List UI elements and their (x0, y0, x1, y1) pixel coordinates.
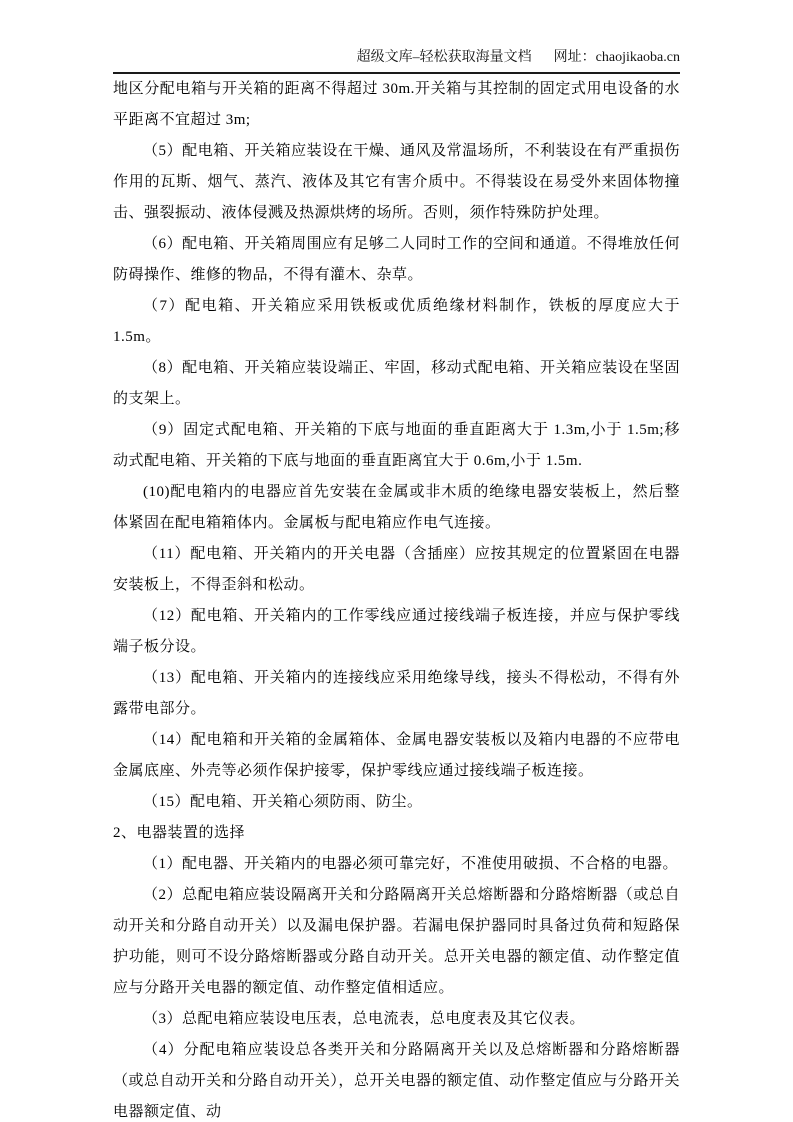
document-body: 地区分配电箱与开关箱的距离不得超过 30m.开关箱与其控制的固定式用电设备的水平… (113, 74, 680, 1122)
paragraph: （1）配电器、开关箱内的电器必须可靠完好，不准使用破损、不合格的电器。 (113, 849, 680, 880)
paragraph: 地区分配电箱与开关箱的距离不得超过 30m.开关箱与其控制的固定式用电设备的水平… (113, 74, 680, 136)
paragraph: （9）固定式配电箱、开关箱的下底与地面的垂直距离大于 1.3m,小于 1.5m;… (113, 415, 680, 477)
paragraph: （11）配电箱、开关箱内的开关电器（含插座）应按其规定的位置紧固在电器安装板上，… (113, 539, 680, 601)
paragraph: （12）配电箱、开关箱内的工作零线应通过接线端子板连接，并应与保护零线端子板分设… (113, 601, 680, 663)
paragraph: （7）配电箱、开关箱应采用铁板或优质绝缘材料制作，铁板的厚度应大于 1.5m。 (113, 291, 680, 353)
header-url-label: 网址：chaojikaoba.cn (554, 50, 680, 65)
paragraph: （3）总配电箱应装设电压表，总电流表，总电度表及其它仪表。 (113, 1004, 680, 1035)
page-header: 超级文库–轻松获取海量文档网址：chaojikaoba.cn (113, 48, 680, 68)
document-page: 超级文库–轻松获取海量文档网址：chaojikaoba.cn 地区分配电箱与开关… (0, 0, 793, 1122)
paragraph: （15）配电箱、开关箱心须防雨、防尘。 (113, 787, 680, 818)
paragraph: （14）配电箱和开关箱的金属箱体、金属电器安装板以及箱内电器的不应带电金属底座、… (113, 725, 680, 787)
header-site-label: 超级文库–轻松获取海量文档 (357, 50, 532, 65)
paragraph: （2）总配电箱应装设隔离开关和分路隔离开关总熔断器和分路熔断器（或总自动开关和分… (113, 880, 680, 1004)
section-heading: 2、电器装置的选择 (113, 818, 680, 849)
paragraph: （8）配电箱、开关箱应装设端正、牢固，移动式配电箱、开关箱应装设在坚固的支架上。 (113, 353, 680, 415)
paragraph: （13）配电箱、开关箱内的连接线应采用绝缘导线，接头不得松动，不得有外露带电部分… (113, 663, 680, 725)
paragraph: （5）配电箱、开关箱应装设在干燥、通风及常温场所，不利装设在有严重损伤作用的瓦斯… (113, 136, 680, 229)
paragraph: （6）配电箱、开关箱周围应有足够二人同时工作的空间和通道。不得堆放任何防碍操作、… (113, 229, 680, 291)
paragraph: （4）分配电箱应装设总各类开关和分路隔离开关以及总熔断器和分路熔断器（或总自动开… (113, 1035, 680, 1122)
paragraph: (10)配电箱内的电器应首先安装在金属或非木质的绝缘电器安装板上，然后整体紧固在… (113, 477, 680, 539)
